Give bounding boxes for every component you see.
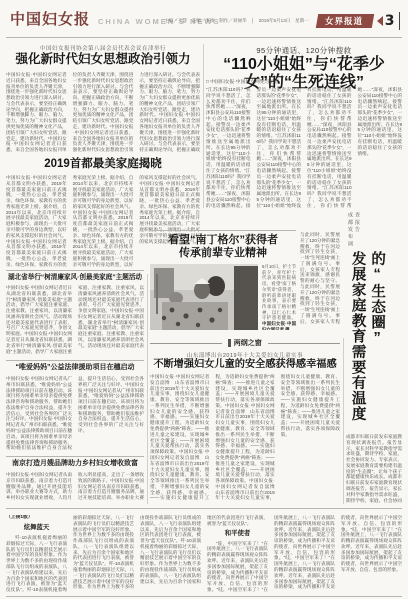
nightingale-headline: 看望“南丁格尔”获得者 传承前辈专业精神: [150, 234, 296, 259]
header-divider: [399, 12, 401, 30]
gutter-rule-mid: [147, 274, 148, 504]
bottom-subhead-1: 炫舞蓝天: [6, 524, 67, 532]
a3-headline: 湖北省举行“树清廉家风·创最美家庭”主题活动: [6, 274, 144, 282]
section-badge: 女界报道: [316, 14, 374, 28]
liangang-body: 中国妇女报·中国妇女网记者发自淄博 山东省淄博市日前出台2019年十大关爱妇女儿…: [150, 374, 340, 504]
photo-block-rule: [150, 230, 296, 231]
photo-caption-text: 5月10日，护士节前夕，青年护士代表来到医院病房，看望“南丁格尔奖章”获得者，聆…: [262, 264, 296, 320]
nightingale-headline-line2: 传承前辈专业精神: [150, 247, 296, 260]
bottom-article: （上接1版） 炫舞蓝天 歼-10表演机拖着绚丽的彩烟掠过天际，八一飞行表演队的飞…: [6, 515, 402, 593]
column-label-tick-icon: [228, 339, 231, 347]
photo-caption: 5月10日，护士节前夕，青年护士代表来到医院病房，看望“南丁格尔奖章”获得者，聆…: [262, 264, 296, 330]
bottom-subhead-2: 和平使者: [207, 530, 268, 538]
liangang-headline: 不断增强妇女儿童的安全感获得感幸福感: [150, 359, 340, 371]
chengdu-headline: 发展家庭教育需要有温度的“生态圈”: [347, 251, 386, 430]
b110-body: “江苏沭阳110吗？我同学说不想活了，怎么劝都劝不住，你们快帮帮她……”深夜，沭…: [206, 87, 402, 209]
chengdu-headline-block: 成都发布调查报告 发展家庭教育需要有温度的“生态圈”: [347, 212, 386, 430]
a2-headline: 2019首都最美家庭揭晓: [6, 158, 200, 171]
photo-credit: 中国妇女报·中国妇女网记者 摄: [262, 321, 296, 330]
page-number: 3: [385, 13, 395, 29]
column-label: 两纲之窗: [222, 338, 268, 348]
news-photo: [150, 264, 258, 330]
nightingale-headline-line1: 看望“南丁格尔”获得者: [150, 234, 296, 247]
divider-line-left: [150, 343, 222, 344]
gutter-rule-right: [343, 338, 344, 504]
a4-body: 中国妇女报·中国妇女网记者从广州市妇联获悉，“唯爱妈妈”公益法律援助项目日前在穗…: [6, 376, 144, 454]
header-right: 主编／王慧 美编／李凌 制作／刘丽华 │ 2019年5月13日 星期一 女界报道…: [164, 12, 400, 30]
a4-separator: [6, 360, 144, 361]
a5-headline: 南京打造月嫂品牌助力乡村妇女增收致富: [6, 460, 144, 468]
newspaper-page: 中国妇女报 CHINA WOMEN'S NEWS 主编／王慧 美编／李凌 制作／…: [0, 0, 408, 599]
a5-body: 中国妇女报·中国妇女网记者从南京市妇联获悉，南京着力打造月嫂服务品牌，通过开展技…: [6, 472, 144, 504]
bottom-separator: [6, 508, 402, 509]
a1-kicker: 中国妇女报刊协会第八届会员代表会议在津举行: [6, 44, 200, 52]
column-label-text: 两纲之窗: [234, 338, 262, 348]
badge-notch-icon: [377, 16, 383, 26]
gutter-rule-left: [203, 44, 204, 208]
divider-line-right: [268, 343, 340, 344]
column-divider: 两纲之窗: [150, 338, 340, 348]
a3-separator: [6, 270, 144, 271]
liangang-kicker: 山东淄博出台2019年十大关爱妇女儿童实事: [150, 351, 340, 359]
bottom-body-2: “哇，中国空军来了！”在国外航展上，八一飞行表演队的精彩表演赢得现场观众阵阵欢呼…: [207, 515, 402, 593]
a5-separator: [6, 456, 144, 457]
page-bottom-rule: [6, 596, 402, 597]
a1-body: 中国妇女报·中国妇女网记者近日获悉，来自全国各地妇女报刊单位的负责人齐聚天津，围…: [6, 72, 200, 154]
a1-headline: 强化新时代妇女思想政治引领力: [6, 52, 200, 66]
masthead-chinese: 中国妇女报: [10, 8, 90, 29]
b110-kicker: 95分钟通话、120分钟搜救: [206, 45, 402, 56]
chengdu-body: 成都市妇联日前发布家庭教育现状调查报告。报告显示，家长对科学家教指导需求旺盛，期…: [346, 434, 402, 504]
a4-headline: “唯爱妈妈”公益法律援助项目在穗启动: [6, 364, 144, 372]
continued-from-label: （上接1版）: [6, 515, 67, 521]
section-badge-label: 女界报道: [325, 14, 363, 28]
b110-body-continued: 与此同时，民警展开了120分钟的紧急搜救，终于在河边找到了轻生女孩，一场“生死连…: [300, 232, 340, 331]
a3-body: 中国妇女报·中国妇女网记者近日从湖北省妇联获悉，湖北省举行“树清廉家风·创最美家…: [6, 285, 144, 357]
header-rule: [6, 37, 402, 38]
b110-byline: □ 中国妇女报·中国妇女网见习记者: [206, 78, 402, 85]
edition-meta: 主编／王慧 美编／李凌 制作／刘丽华 │ 2019年5月13日 星期一: [164, 18, 309, 24]
chengdu-kicker: 成都发布调查报告: [347, 212, 384, 251]
